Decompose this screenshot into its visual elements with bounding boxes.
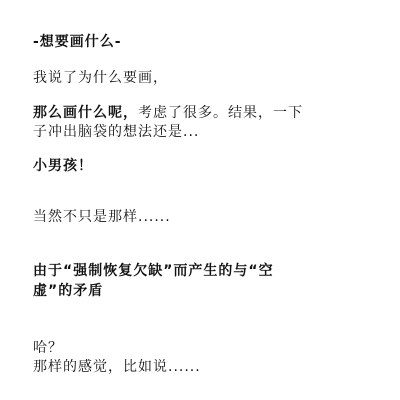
paragraph-that-feeling: 那样的感觉，比如说......: [33, 358, 201, 377]
paragraph-contradiction-line2: 虚”的矛盾: [33, 282, 103, 301]
paragraph-huh: 哈？: [33, 339, 63, 358]
paragraph-what-to-draw-lead: 那么画什么呢，: [33, 105, 138, 121]
paragraph-what-to-draw-rest: 考虑了很多。结果，一下: [138, 105, 303, 121]
paragraph-what-to-draw: 那么画什么呢，考虑了很多。结果，一下: [33, 104, 303, 123]
paragraph-contradiction-line1: 由于“强制恢复欠缺”而产生的与“空: [33, 262, 274, 281]
paragraph-what-to-draw-line2: 子冲出脑袋的想法还是...: [33, 123, 199, 142]
paragraph-little-boy: 小男孩！: [33, 157, 93, 176]
document-title: -想要画什么-: [33, 33, 122, 52]
paragraph-not-only-that: 当然不只是那样......: [33, 208, 171, 227]
paragraph-why-draw: 我说了为什么要画，: [33, 69, 168, 88]
